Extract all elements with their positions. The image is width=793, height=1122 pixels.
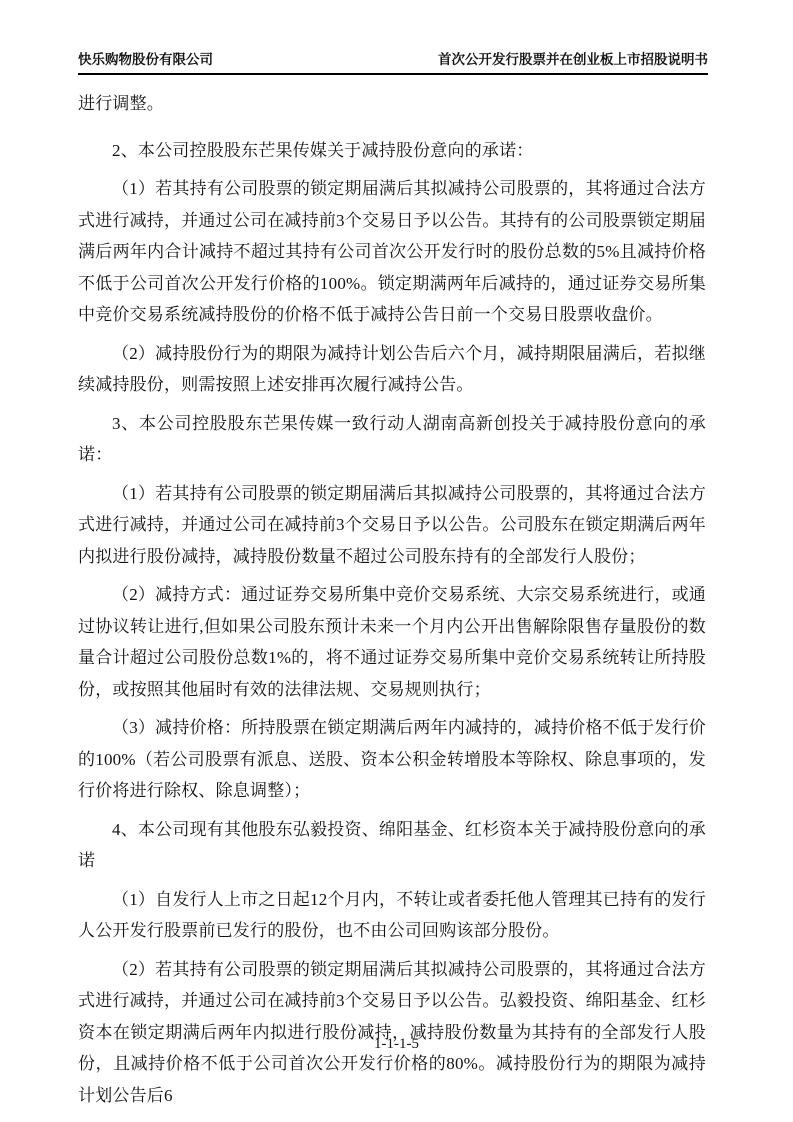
paragraph: 3、本公司控股股东芒果传媒一致行动人湖南高新创投关于减持股份意向的承诺： — [78, 408, 706, 471]
page-number: 1-1-1-5 — [374, 1036, 419, 1052]
paragraph: 4、本公司现有其他股东弘毅投资、绵阳基金、红杉资本关于减持股份意向的承诺 — [78, 814, 706, 877]
paragraph: 进行调整。 — [78, 88, 706, 120]
paragraph: （3）减持价格：所持股票在锁定期满后两年内减持的，减持价格不低于发行价的100%… — [78, 712, 706, 807]
paragraph: （2）若其持有公司股票的锁定期届满后其拟减持公司股票的，其将通过合法方式进行减持… — [78, 954, 706, 1112]
page-footer: 1-1-1-5 — [0, 1034, 793, 1054]
header-doc-title: 首次公开发行股票并在创业板上市招股说明书 — [438, 52, 708, 68]
paragraph: （1）自发行人上市之日起12个月内，不转让或者委托他人管理其已持有的发行人公开发… — [78, 884, 706, 947]
paragraph: 2、本公司控股股东芒果传媒关于减持股份意向的承诺： — [78, 135, 706, 167]
prospectus-page: 快乐购物股份有限公司 首次公开发行股票并在创业板上市招股说明书 进行调整。2、本… — [0, 0, 793, 1122]
document-body: 进行调整。2、本公司控股股东芒果传媒关于减持股份意向的承诺：（1）若其持有公司股… — [78, 88, 706, 1118]
page-header: 快乐购物股份有限公司 首次公开发行股票并在创业板上市招股说明书 — [78, 52, 708, 75]
paragraph: （2）减持股份行为的期限为减持计划公告后六个月，减持期限届满后，若拟继续减持股份… — [78, 338, 706, 401]
paragraph: （2）减持方式：通过证券交易所集中竞价交易系统、大宗交易系统进行，或通过协议转让… — [78, 579, 706, 705]
header-company-name: 快乐购物股份有限公司 — [78, 52, 213, 68]
paragraph: （1）若其持有公司股票的锁定期届满后其拟减持公司股票的，其将通过合法方式进行减持… — [78, 478, 706, 573]
paragraph: （1）若其持有公司股票的锁定期届满后其拟减持公司股票的，其将通过合法方式进行减持… — [78, 173, 706, 331]
